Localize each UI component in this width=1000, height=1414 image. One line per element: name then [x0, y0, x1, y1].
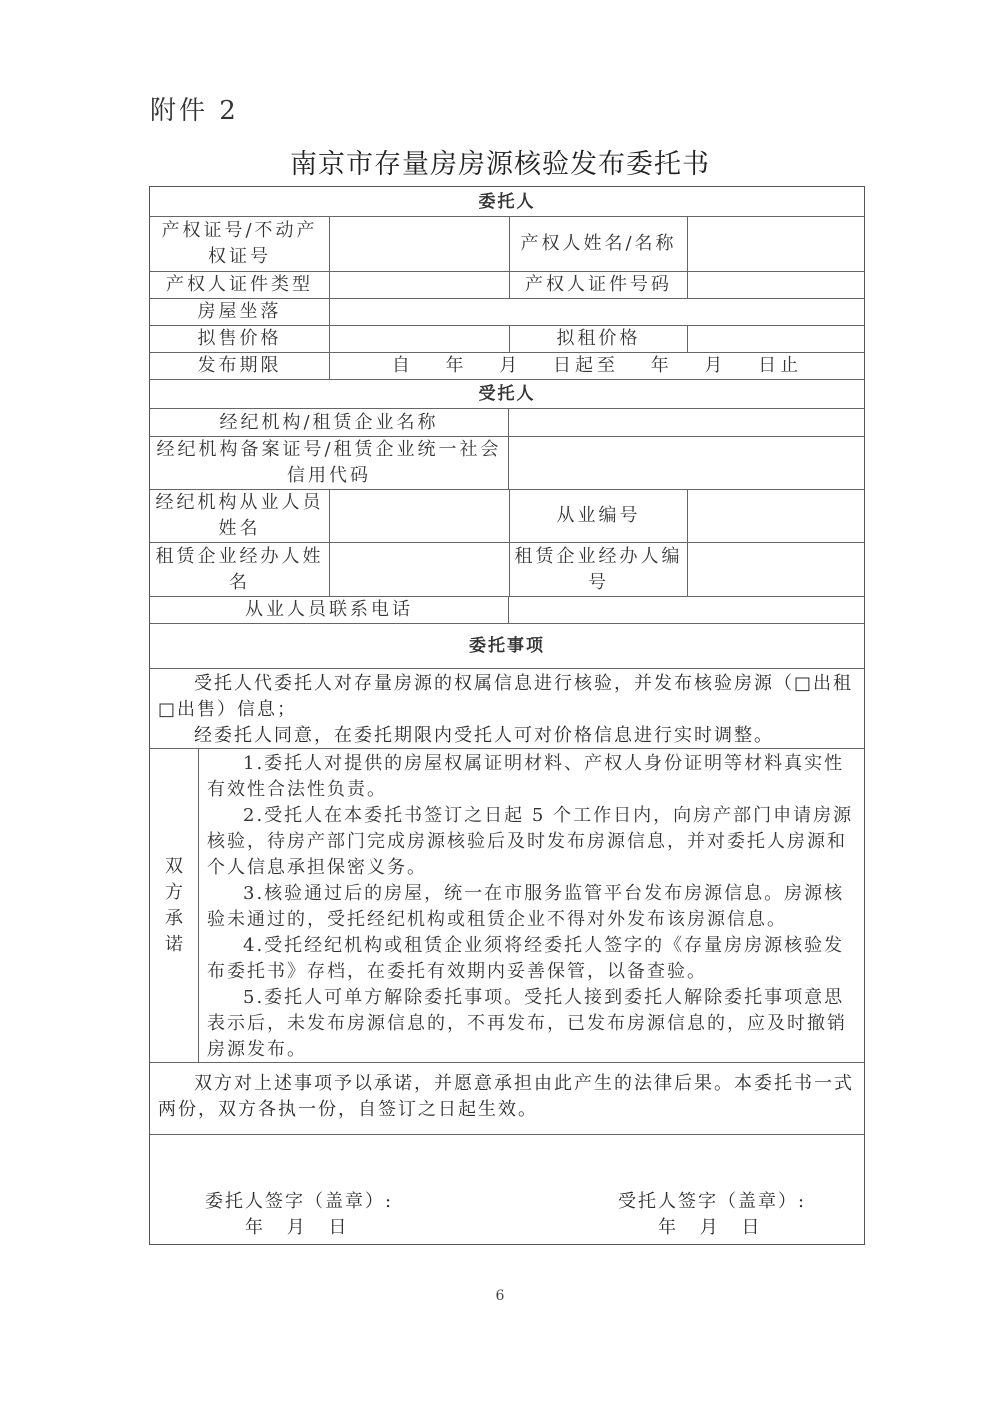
- contact-phone-label: 从业人员联系电话: [150, 597, 508, 623]
- agent-section-header: 受托人: [150, 380, 864, 408]
- matters-paragraph-1-end: ）信息；: [217, 699, 297, 720]
- lease-handler-no-field[interactable]: [687, 543, 864, 596]
- agency-cert-row: 经纪机构备案证号/租赁企业统一社会信用代码: [150, 436, 864, 489]
- page-number: 6: [0, 1288, 1000, 1304]
- matters-content: 受托人代委托人对存量房源的权属信息进行核验，并发布核验房源（□出租 □出售）信息…: [150, 669, 864, 748]
- agency-name-field[interactable]: [508, 409, 864, 436]
- matters-paragraph-2: 经委托人同意，在委托期限内受托人可对价格信息进行实时调整。: [158, 723, 856, 749]
- matters-section-header-row: 委托事项: [150, 623, 864, 668]
- promises-label-char: 方: [165, 880, 183, 906]
- owner-name-field[interactable]: [687, 217, 864, 271]
- agreement-row: 双方对上述事项予以承诺，并愿意承担由此产生的法律后果。本委托书一式两份，双方各执…: [150, 1062, 864, 1134]
- promise-item-3: 3.核验通过后的房屋，统一在市服务监管平台发布房源信息。房源核验未通过的，受托经…: [207, 881, 856, 933]
- promises-label-char: 双: [165, 854, 183, 880]
- principal-signature-label: 委托人签字（盖章）:: [205, 1189, 393, 1215]
- price-row: 拟售价格 拟租价格: [150, 325, 864, 352]
- principal-signature-date: 年 月 日: [205, 1215, 393, 1241]
- agency-name-row: 经纪机构/租赁企业名称: [150, 408, 864, 436]
- agreement-text: 双方对上述事项予以承诺，并愿意承担由此产生的法律后果。本委托书一式两份，双方各执…: [150, 1063, 864, 1134]
- publish-period-field[interactable]: 自 年 月 日起至 年 月 日止: [329, 353, 864, 379]
- broker-name-label: 经纪机构从业人员姓名: [150, 490, 329, 542]
- agent-section-header-row: 受托人: [150, 379, 864, 408]
- promise-item-4: 4.受托经纪机构或租赁企业须将经委托人签字的《存量房房源核验发布委托书》存档，在…: [207, 933, 856, 985]
- promises-label-char: 诺: [165, 932, 183, 958]
- contact-phone-row: 从业人员联系电话: [150, 596, 864, 623]
- broker-name-field[interactable]: [329, 490, 509, 542]
- location-row: 房屋坐落: [150, 298, 864, 325]
- rent-price-field[interactable]: [687, 326, 864, 352]
- promises-label: 双 方 承 诺: [150, 749, 198, 1062]
- sale-price-field[interactable]: [329, 326, 509, 352]
- lease-handler-name-label: 租赁企业经办人姓名: [150, 543, 329, 596]
- promise-item-1: 1.委托人对提供的房屋权属证明材料、产权人身份证明等材料真实性有效性合法性负责。: [207, 751, 856, 803]
- signature-area: 委托人签字（盖章）: 年 月 日 受托人签字（盖章）: 年 月 日: [150, 1135, 864, 1241]
- matters-section-header: 委托事项: [150, 624, 864, 668]
- owner-id-number-label: 产权人证件号码: [509, 272, 687, 298]
- property-cert-field[interactable]: [329, 217, 509, 271]
- lease-handler-row: 租赁企业经办人姓名 租赁企业经办人编号: [150, 542, 864, 596]
- sale-checkbox[interactable]: □: [158, 699, 177, 720]
- agent-signature-label: 受托人签字（盖章）:: [618, 1189, 806, 1215]
- promise-item-5: 5.委托人可单方解除委托事项。受托人接到委托人解除委托事项意思表示后，未发布房源…: [207, 985, 856, 1063]
- matters-content-row: 受托人代委托人对存量房源的权属信息进行核验，并发布核验房源（□出租 □出售）信息…: [150, 668, 864, 748]
- location-field[interactable]: [329, 299, 864, 325]
- property-cert-row: 产权证号/不动产权证号 产权人姓名/名称: [150, 216, 864, 271]
- location-label: 房屋坐落: [150, 299, 329, 325]
- practice-no-field[interactable]: [687, 490, 864, 542]
- principal-signature[interactable]: 委托人签字（盖章）: 年 月 日: [205, 1189, 393, 1241]
- contact-phone-field[interactable]: [508, 597, 864, 623]
- principal-section-header-row: 委托人: [150, 187, 864, 216]
- matters-paragraph-1: 受托人代委托人对存量房源的权属信息进行核验，并发布核验房源（□出租 □出售）信息…: [158, 671, 856, 723]
- promises-list: 1.委托人对提供的房屋权属证明材料、产权人身份证明等材料真实性有效性合法性负责。…: [198, 749, 864, 1062]
- agency-cert-field[interactable]: [508, 437, 864, 489]
- agency-cert-label: 经纪机构备案证号/租赁企业统一社会信用代码: [150, 437, 508, 489]
- agent-signature[interactable]: 受托人签字（盖章）: 年 月 日: [618, 1189, 806, 1241]
- promises-row: 双 方 承 诺 1.委托人对提供的房屋权属证明材料、产权人身份证明等材料真实性有…: [150, 748, 864, 1062]
- document-title: 南京市存量房房源核验发布委托书: [0, 142, 1000, 181]
- owner-id-type-label: 产权人证件类型: [150, 272, 329, 298]
- signature-row: 委托人签字（盖章）: 年 月 日 受托人签字（盖章）: 年 月 日: [150, 1134, 864, 1244]
- rent-option-label: 出租: [813, 673, 853, 694]
- publish-period-label: 发布期限: [150, 353, 329, 379]
- matters-paragraph-1-text: 受托人代委托人对存量房源的权属信息进行核验，并发布核验房源（: [194, 673, 794, 694]
- entrustment-form-table: 委托人 产权证号/不动产权证号 产权人姓名/名称 产权人证件类型 产权人证件号码…: [149, 186, 865, 1245]
- lease-handler-no-label: 租赁企业经办人编号: [509, 543, 687, 596]
- attachment-label: 附件 2: [150, 90, 239, 127]
- owner-name-label: 产权人姓名/名称: [509, 217, 687, 271]
- sale-option-label: 出售: [177, 699, 217, 720]
- principal-section-header: 委托人: [150, 187, 864, 216]
- promises-label-char: 承: [165, 906, 183, 932]
- publish-period-row: 发布期限 自 年 月 日起至 年 月 日止: [150, 352, 864, 379]
- owner-id-number-field[interactable]: [687, 272, 864, 298]
- owner-id-row: 产权人证件类型 产权人证件号码: [150, 271, 864, 298]
- agent-signature-date: 年 月 日: [618, 1215, 806, 1241]
- property-cert-label: 产权证号/不动产权证号: [150, 217, 329, 271]
- promise-item-2: 2.受托人在本委托书签订之日起 5 个工作日内，向房产部门申请房源核验，待房产部…: [207, 803, 856, 881]
- agency-name-label: 经纪机构/租赁企业名称: [150, 409, 508, 436]
- rent-price-label: 拟租价格: [509, 326, 687, 352]
- owner-id-type-field[interactable]: [329, 272, 509, 298]
- sale-price-label: 拟售价格: [150, 326, 329, 352]
- rent-checkbox[interactable]: □: [794, 673, 813, 694]
- broker-row: 经纪机构从业人员姓名 从业编号: [150, 489, 864, 542]
- practice-no-label: 从业编号: [509, 490, 687, 542]
- lease-handler-name-field[interactable]: [329, 543, 509, 596]
